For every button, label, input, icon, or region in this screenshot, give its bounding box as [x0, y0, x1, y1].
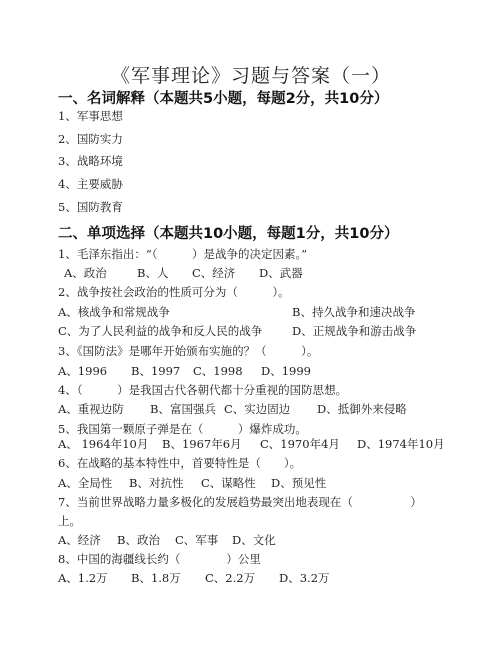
question-stem: 3、《国防法》是哪年开始颁布实施的？（ ）。: [58, 343, 318, 359]
option-a: A、核战争和常规战争: [58, 304, 170, 320]
question-stem: 8、中国的海疆线长约（ ）公里: [58, 551, 261, 567]
option-d: D、3.2万: [279, 570, 330, 586]
definition-item: 1、军事思想: [58, 108, 123, 124]
option-c: C、为了人民利益的战争和反人民的战争: [58, 323, 262, 339]
option-d: D、文化: [232, 532, 276, 548]
question-stem: 7、当前世界战略力量多极化的发展趋势最突出地表现在（ ）: [58, 494, 422, 510]
option-c: C、2.2万: [205, 570, 255, 586]
definition-item: 5、国防教育: [58, 199, 123, 215]
option-a: A、重视边防: [58, 401, 124, 417]
option-a: A、经济: [58, 532, 101, 548]
option-b: B、政治: [117, 532, 160, 548]
option-a: A、政治: [64, 265, 107, 281]
option-c: C、实边固边: [224, 401, 290, 417]
option-c: C、1970年4月: [260, 436, 340, 452]
option-b: B、对抗性: [129, 475, 183, 491]
option-d: D、1999: [261, 363, 311, 379]
option-b: B、富国强兵: [150, 401, 216, 417]
option-c: C、军事: [175, 532, 218, 548]
option-a: A、1996: [58, 363, 107, 379]
option-a: A、全局性: [58, 475, 112, 491]
section-heading-single-choice: 二、单项选择（本题共10小题，每题1分，共10分）: [58, 222, 398, 243]
option-c: C、1998: [193, 363, 243, 379]
option-d: D、1974年10月: [357, 436, 445, 452]
option-a: A、 1964年10月: [58, 436, 148, 452]
option-d: D、抵御外来侵略: [317, 401, 407, 417]
definition-item: 4、主要威胁: [58, 176, 123, 192]
section-heading-definitions: 一、名词解释（本题共5小题，每题2分，共10分）: [58, 87, 388, 108]
option-d: D、武器: [259, 265, 303, 281]
document-title: 《军事理论》习题与答案（一）: [0, 61, 502, 88]
option-c: C、经济: [192, 265, 235, 281]
question-stem: 4、（ ）是我国古代各朝代都十分重视的国防思想。: [58, 382, 347, 398]
option-d: D、正规战争和游击战争: [292, 323, 416, 339]
option-a: A、1.2万: [58, 570, 108, 586]
document-page: 《军事理论》习题与答案（一） 一、名词解释（本题共5小题，每题2分，共10分） …: [0, 0, 502, 649]
question-stem: 2、战争按社会政治的性质可分为（ ）。: [58, 284, 290, 300]
option-d: D、预见性: [271, 475, 326, 491]
question-stem: 5、我国第一颗原子弹是在（ ）爆炸成功。: [58, 421, 307, 437]
option-b: B、1967年6月: [162, 436, 242, 452]
question-stem: 6、在战略的基本特性中，首要特性是（ ）。: [58, 455, 301, 471]
option-b: B、1.8万: [131, 570, 181, 586]
option-b: B、人: [137, 265, 168, 281]
definition-item: 3、战略环境: [58, 153, 123, 169]
option-b: B、持久战争和速决战争: [292, 304, 415, 320]
option-b: B、1997: [131, 363, 180, 379]
question-stem: 1、毛泽东指出：“（ ）是战争的决定因素。”: [58, 246, 307, 262]
definition-item: 2、国防实力: [58, 131, 123, 147]
option-c: C、谋略性: [201, 475, 256, 491]
question-stem-continued: 上。: [58, 513, 81, 529]
